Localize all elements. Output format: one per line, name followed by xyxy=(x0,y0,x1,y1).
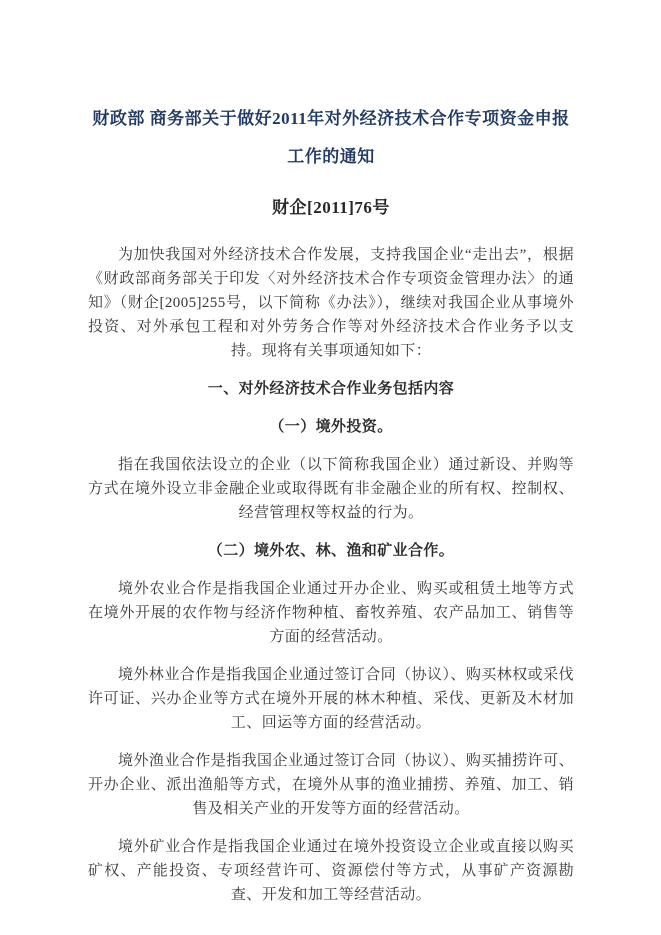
subsection-1-2-heading: （二）境外农、林、渔和矿业合作。 xyxy=(88,539,574,563)
forestry-paragraph: 境外林业合作是指我国企业通过签订合同（协议）、购买林权或采伐许可证、兴办企业等方… xyxy=(88,663,574,735)
mining-paragraph: 境外矿业合作是指我国企业通过在境外投资设立企业或直接以购买矿权、产能投资、专项经… xyxy=(88,835,574,907)
document-number: 财企[2011]76号 xyxy=(88,196,574,220)
section-1-heading: 一、对外经济技术合作业务包括内容 xyxy=(88,377,574,401)
document-page: 财政部 商务部关于做好2011年对外经济技术合作专项资金申报工作的通知 财企[2… xyxy=(0,0,661,935)
document-title: 财政部 商务部关于做好2011年对外经济技术合作专项资金申报工作的通知 xyxy=(88,100,574,176)
intro-paragraph: 为加快我国对外经济技术合作发展，支持我国企业“走出去”，根据《财政部商务部关于印… xyxy=(88,243,574,363)
page-number: 1 xyxy=(552,860,559,876)
agriculture-paragraph: 境外农业合作是指我国企业通过开办企业、购买或租赁土地等方式在境外开展的农作物与经… xyxy=(88,577,574,649)
fishery-paragraph: 境外渔业合作是指我国企业通过签订合同（协议）、购买捕捞许可、开办企业、派出渔船等… xyxy=(88,749,574,821)
subsection-1-1-paragraph: 指在我国依法设立的企业（以下简称我国企业）通过新设、并购等方式在境外设立非金融企… xyxy=(88,453,574,525)
subsection-1-1-heading: （一）境外投资。 xyxy=(88,415,574,439)
